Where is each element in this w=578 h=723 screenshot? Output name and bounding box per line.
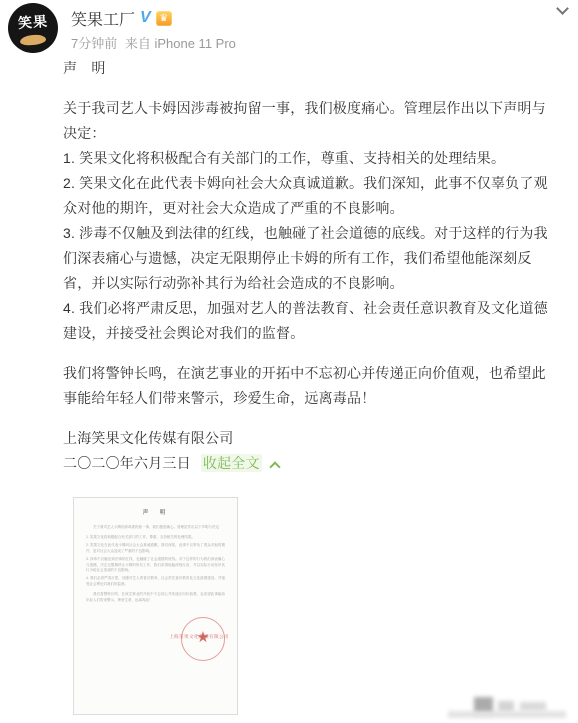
statement-date-row: 二〇二〇年六月三日 收起全文	[63, 451, 555, 476]
document-title: 声 明	[86, 511, 225, 517]
document-page: 声 明 关于我司艺人卡姆因涉毒被拘留一事，我们极度痛心。管理层作出以下声明与决定…	[74, 498, 237, 604]
verified-v-icon: V	[140, 10, 151, 26]
timestamp: 7分钟前	[71, 36, 117, 51]
avatar[interactable]: 笑果	[8, 3, 58, 53]
post-text: 声 明 关于我司艺人卡姆因涉毒被拘留一事，我们极度痛心。管理层作出以下声明与决定…	[63, 56, 555, 476]
chevron-up-icon[interactable]	[271, 459, 280, 468]
statement-signature: 上海笑果文化传媒有限公司	[63, 426, 555, 451]
seal-company-name: 上海笑果文化传媒有限公司	[169, 634, 229, 640]
document-item-1: 1. 笑果文化将积极配合有关部门的工作，尊重、支持相关的处理结果。	[86, 535, 225, 541]
username[interactable]: 笑果工厂	[71, 7, 135, 30]
statement-intro: 关于我司艺人卡姆因涉毒被拘留一事，我们极度痛心。管理层作出以下声明与决定：	[63, 96, 555, 146]
document-item-3: 3. 涉毒不仅触及到法律的红线，也触碰了社会道德的底线。对于这样的行为我们深表痛…	[86, 557, 225, 574]
post-meta: 7分钟前 来自 iPhone 11 Pro	[71, 33, 236, 52]
document-item-4: 4. 我们必将严肃反思，加强对艺人的普法教育、社会责任意识教育及文化道德建设，并…	[86, 576, 225, 587]
statement-closing: 我们将警钟长鸣，在演艺事业的开拓中不忘初心并传递正向价值观，也希望此事能给年轻人…	[63, 361, 555, 411]
post-menu-chevron-down-icon[interactable]	[556, 3, 569, 15]
statement-item-4: 4. 我们必将严肃反思，加强对艺人的普法教育、社会责任意识教育及文化道德建设，并…	[63, 296, 555, 346]
statement-item-3: 3. 涉毒不仅触及到法律的红线，也触碰了社会道德的底线。对于这样的行为我们深表痛…	[63, 221, 555, 296]
document-intro: 关于我司艺人卡姆因涉毒被拘留一事，我们极度痛心。管理层作出以下声明与决定：	[86, 525, 225, 531]
attached-statement-image[interactable]: 声 明 关于我司艺人卡姆因涉毒被拘留一事，我们极度痛心。管理层作出以下声明与决定…	[73, 497, 238, 715]
collapse-full-text-link[interactable]: 收起全文	[201, 454, 262, 472]
statement-item-2: 2. 笑果文化在此代表卡姆向社会大众真诚道歉。我们深知，此事不仅辜负了观众对他的…	[63, 171, 555, 221]
post-source: 来自 iPhone 11 Pro	[125, 36, 236, 51]
watermark-remnant	[448, 693, 568, 721]
header-info: 笑果工厂 V ♛ 7分钟前 来自 iPhone 11 Pro	[71, 3, 236, 52]
document-closing: 我们将警钟长鸣，在演艺事业的开拓中不忘初心并传递正向价值观，也希望此事能给年轻人…	[86, 592, 225, 603]
statement-date: 二〇二〇年六月三日	[63, 455, 191, 471]
statement-item-1: 1. 笑果文化将积极配合有关部门的工作，尊重、支持相关的处理结果。	[63, 146, 555, 171]
post-header: 笑果 笑果工厂 V ♛ 7分钟前 来自 iPhone 11 Pro	[8, 3, 236, 53]
avatar-smile-icon	[20, 34, 47, 47]
statement-list: 1. 笑果文化将积极配合有关部门的工作，尊重、支持相关的处理结果。 2. 笑果文…	[63, 146, 555, 346]
avatar-logo-text: 笑果	[8, 10, 58, 33]
document-item-2: 2. 笑果文化在此代表卡姆向社会大众真诚道歉。我们深知，此事不仅辜负了观众对他的…	[86, 543, 225, 554]
vip-crown-icon: ♛	[156, 11, 172, 26]
statement-title: 声 明	[63, 56, 555, 81]
